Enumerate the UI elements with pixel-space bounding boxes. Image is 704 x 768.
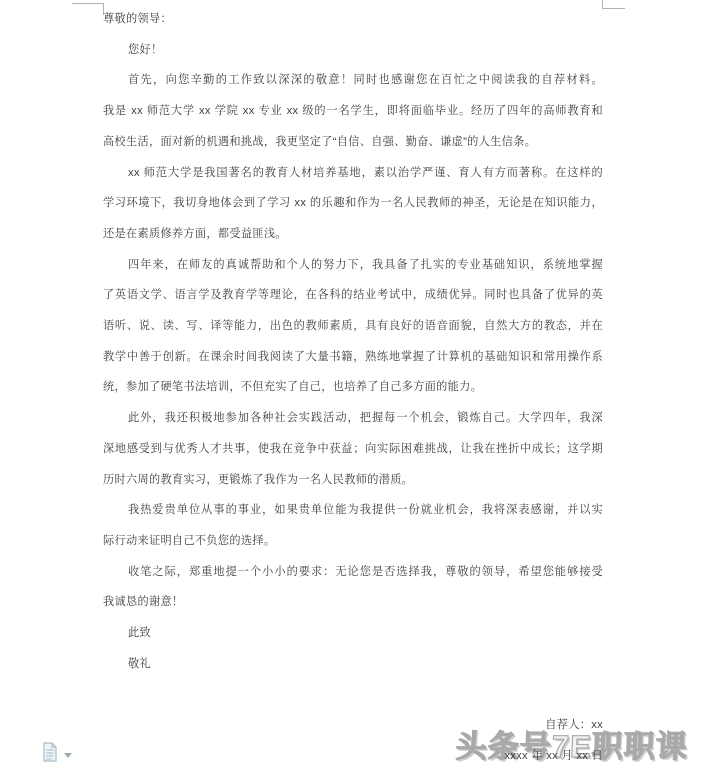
chevron-down-icon[interactable] [64, 753, 72, 758]
text-line[interactable]: xxxx 年 xx 月 xx 日 [103, 748, 603, 766]
word-page: 头条号7E职职课 尊敬的领导：您好！首先，向您辛勤的工作致以深深的敬意！同时也感… [0, 0, 704, 768]
text-line[interactable]: 此致 [103, 625, 603, 643]
text-line[interactable]: 高校生活，面对新的机遇和挑战，我更坚定了“自信、自强、勤奋、谦虚”的人生信条。 [103, 134, 603, 152]
document-body[interactable]: 尊敬的领导：您好！首先，向您辛勤的工作致以深深的敬意！同时也感谢您在百忙之中阅读… [0, 0, 704, 768]
text-line[interactable]: 了英语文学、语言学及教育学等理论，在各科的结业考试中，成绩优异。同时也具备了优异… [103, 287, 603, 305]
text-line[interactable]: 收笔之际，郑重地提一个小小的要求：无论您是否选择我，尊敬的领导，希望您能够接受 [103, 564, 603, 582]
text-line[interactable]: 您好！ [103, 42, 603, 60]
text-line[interactable]: 统，参加了硬笔书法培训，不但充实了自己，也培养了自己多方面的能力。 [103, 379, 603, 397]
text-line[interactable]: 教学中善于创新。在课余时间我阅读了大量书籍，熟练地掌握了计算机的基础知识和常用操… [103, 349, 603, 367]
text-line[interactable]: 此外，我还积极地参加各种社会实践活动，把握每一个机会，锻炼自己。大学四年，我深 [103, 410, 603, 428]
text-line[interactable]: 际行动来证明自己不负您的选择。 [103, 533, 603, 551]
text-line[interactable]: 首先，向您辛勤的工作致以深深的敬意！同时也感谢您在百忙之中阅读我的自荐材料。 [103, 72, 603, 90]
text-line[interactable]: 学习环境下，我切身地体会到了学习 xx 的乐趣和作为一名人民教师的神圣，无论是在… [103, 195, 603, 213]
text-line[interactable]: xx 师范大学是我国著名的教育人材培养基地，素以治学严谨、育人有方而著称。在这样… [103, 165, 603, 183]
text-line[interactable]: 尊敬的领导： [103, 11, 603, 29]
text-line[interactable]: 四年来，在师友的真诚帮助和个人的努力下，我具备了扎实的专业基础知识，系统地掌握 [103, 257, 603, 275]
text-line [103, 686, 603, 704]
text-line[interactable]: 深地感受到与优秀人才共事，使我在竞争中获益；向实际困难挑战，让我在挫折中成长；这… [103, 441, 603, 459]
text-line[interactable]: 自荐人：xx [103, 717, 603, 735]
text-line[interactable]: 还是在素质修养方面，都受益匪浅。 [103, 226, 603, 244]
text-line[interactable]: 我是 xx 师范大学 xx 学院 xx 专业 xx 级的一名学生，即将面临毕业。… [103, 103, 603, 121]
text-line[interactable]: 语听、说、读、写、译等能力，出色的教师素质，具有良好的语音面貌，自然大方的教态，… [103, 318, 603, 336]
text-line[interactable]: 历时六周的教育实习，更锻炼了我作为一名人民教师的潜质。 [103, 472, 603, 490]
page-tool-button[interactable] [42, 742, 72, 762]
text-line[interactable]: 我热爱贵单位从事的事业，如果贵单位能为我提供一份就业机会，我将深表感谢，并以实 [103, 502, 603, 520]
text-line[interactable]: 我诚恳的谢意！ [103, 594, 603, 612]
text-line[interactable]: 敬礼 [103, 656, 603, 674]
page-icon [42, 742, 58, 762]
